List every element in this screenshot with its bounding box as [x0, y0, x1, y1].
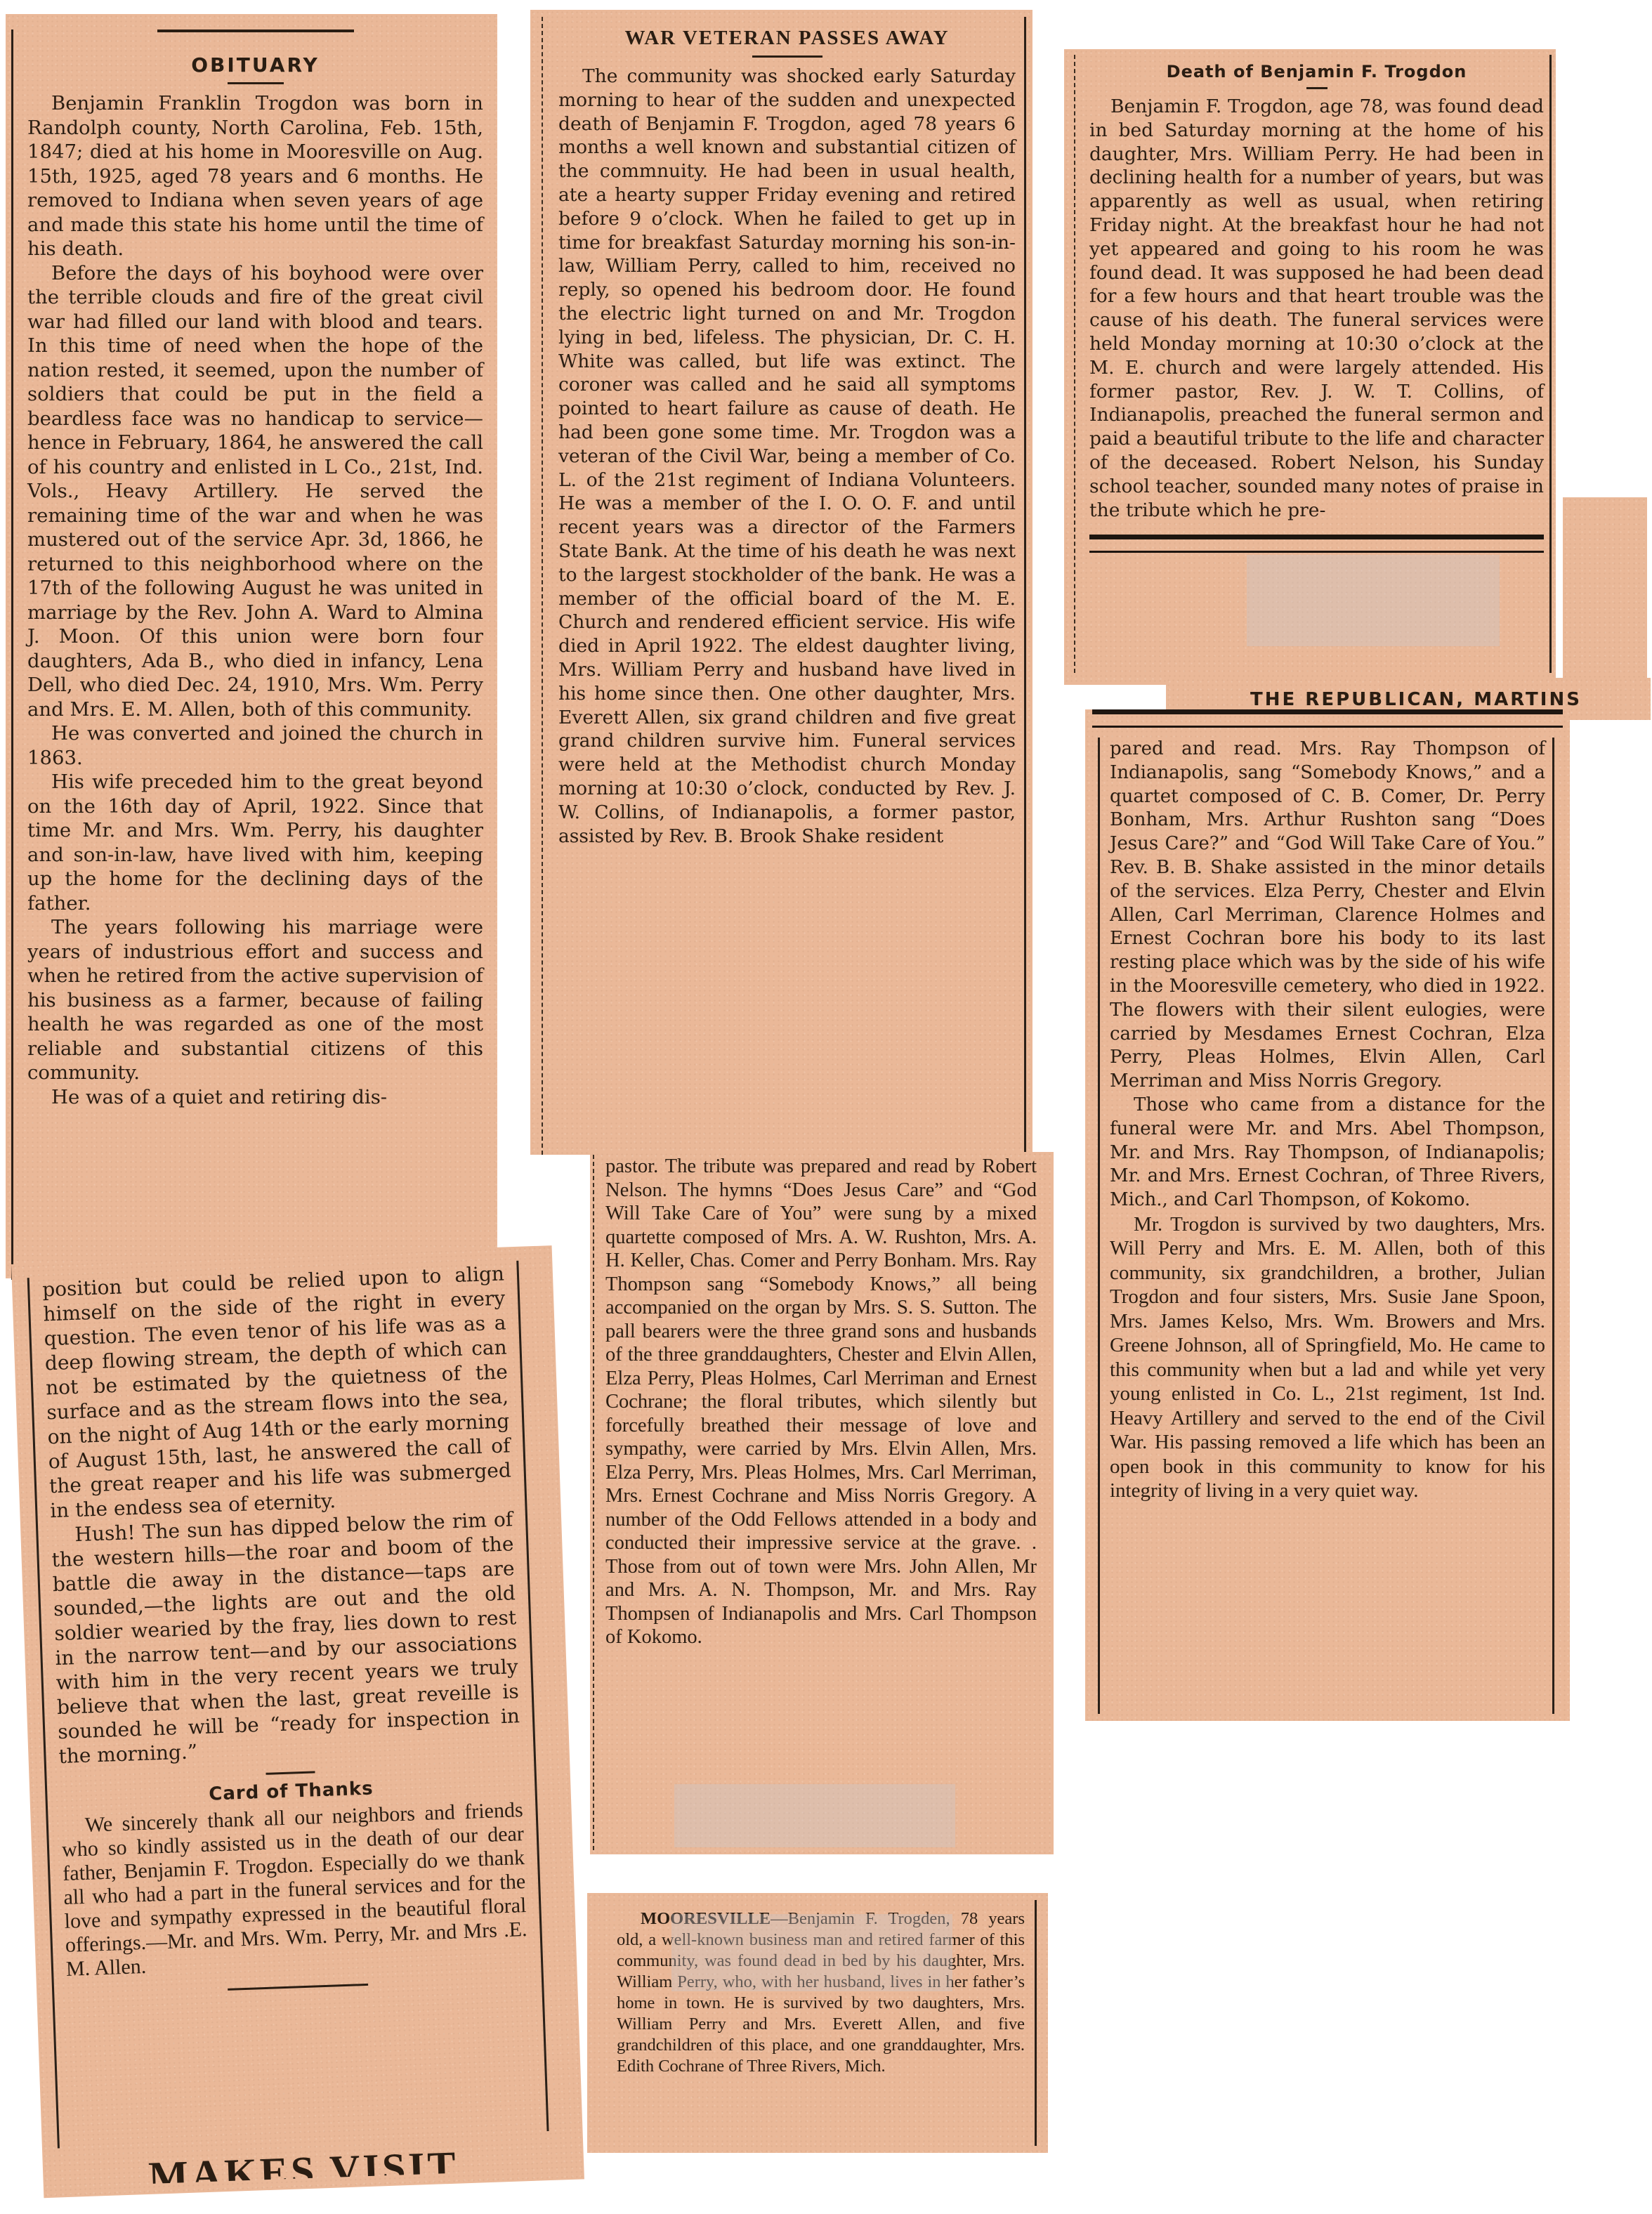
paragraph: Hush! The sun has dipped below the rim o…: [51, 1507, 521, 1769]
war-veteran-column: WAR VETERAN PASSES AWAY The community wa…: [542, 17, 1026, 1155]
side-scrap: [1563, 497, 1647, 687]
divider: [228, 82, 284, 84]
obituary-continuation-clipping: position but could be relied upon to ali…: [11, 1245, 584, 2198]
paragraph: Before the days of his boyhood were over…: [27, 261, 483, 722]
obituary-continuation-column: position but could be relied upon to ali…: [27, 1261, 549, 2149]
death-of-continuation-1: pared and read. Mrs. Ray Thompson of Ind…: [1110, 738, 1545, 1094]
paragraph: Benjamin Franklin Trogdon was born in Ra…: [27, 91, 483, 261]
obituary-column: OBITUARY Benjamin Franklin Trogdon was b…: [11, 30, 486, 1280]
death-of-continuation-2: Those who came from a distance for the f…: [1110, 1094, 1545, 1212]
next-headline-partial: MAKES VISIT: [147, 2138, 459, 2184]
war-veteran-body-part2: pastor. The tribute was prepared and rea…: [605, 1155, 1037, 1649]
death-of-continuation-clipping: pared and read. Mrs. Ray Thompson of Ind…: [1085, 709, 1570, 1721]
death-of-title: Death of Benjamin F. Trogdon: [1089, 62, 1544, 81]
card-of-thanks-text: We sincerely thank all our neighbors and…: [60, 1798, 528, 1982]
war-veteran-clipping: WAR VETERAN PASSES AWAY The community wa…: [530, 10, 1032, 1155]
obituary-continuation-body: position but could be relied upon to ali…: [42, 1262, 521, 1769]
death-of-body: Benjamin F. Trogdon, age 78, was found d…: [1089, 95, 1544, 522]
paragraph: position but could be relied upon to ali…: [42, 1262, 513, 1524]
divider: [1306, 87, 1327, 89]
tape-strip: [674, 1784, 955, 1847]
obituary-title: OBITUARY: [27, 53, 483, 77]
section-rules: [1092, 709, 1563, 728]
death-of-clipping: Death of Benjamin F. Trogdon Benjamin F.…: [1064, 49, 1556, 685]
divider: [265, 1771, 315, 1774]
paragraph: His wife preceded him to the great beyon…: [27, 770, 483, 915]
top-rule: [157, 30, 354, 32]
obituary-body: Benjamin Franklin Trogdon was born in Ra…: [27, 91, 483, 1109]
section-rules: [1089, 535, 1544, 553]
death-of-continuation-3: Mr. Trogdon is survived by two daughters…: [1110, 1212, 1545, 1503]
death-of-continuation-column: pared and read. Mrs. Ray Thompson of Ind…: [1098, 738, 1554, 1714]
tape-strip: [1247, 555, 1500, 646]
mooresville-brief-clipping: MOORESVILLE—Benjamin F. Trogden, 78 year…: [587, 1893, 1048, 2153]
war-veteran-title: WAR VETERAN PASSES AWAY: [558, 27, 1016, 50]
masthead: THE REPUBLICAN, MARTINS: [1250, 689, 1582, 710]
divider: [752, 55, 822, 58]
war-veteran-body-part1: The community was shocked early Saturday…: [558, 65, 1016, 848]
paragraph: He was converted and joined the church i…: [27, 721, 483, 770]
tape-strip: [671, 1914, 952, 1991]
paragraph: The years following his marriage were ye…: [27, 915, 483, 1085]
paragraph: He was of a quiet and retiring dis-: [27, 1085, 483, 1110]
divider: [228, 1984, 368, 1991]
obituary-clipping: OBITUARY Benjamin Franklin Trogdon was b…: [6, 14, 497, 1278]
war-veteran-continuation-clipping: pastor. The tribute was prepared and rea…: [590, 1152, 1054, 1854]
war-veteran-continuation-column: pastor. The tribute was prepared and rea…: [593, 1155, 1042, 1850]
